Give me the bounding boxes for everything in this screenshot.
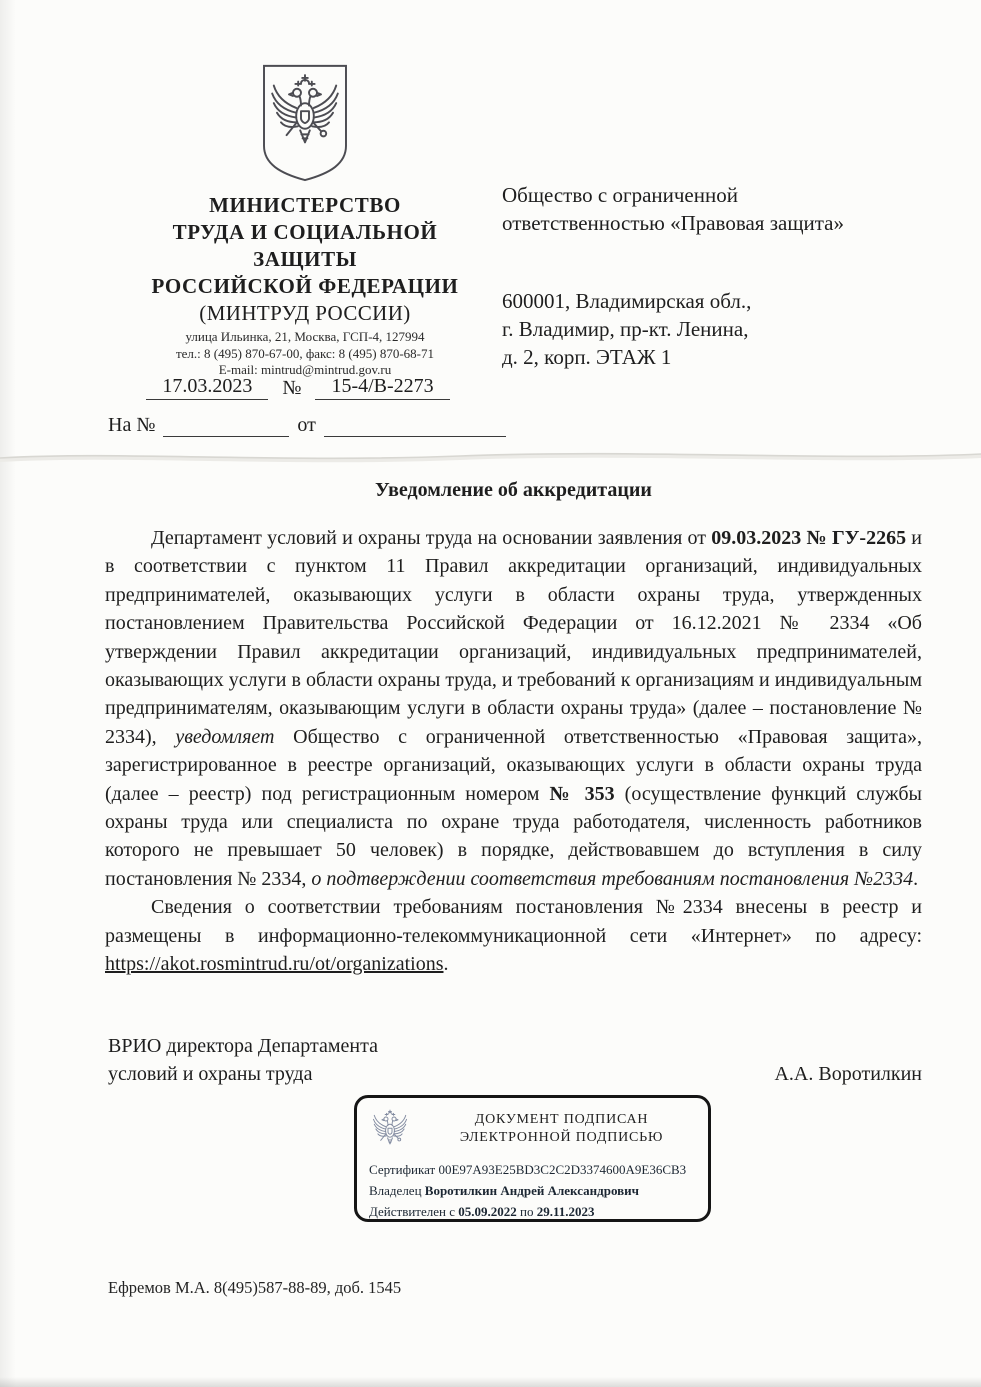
paper-fold-crease — [0, 436, 981, 476]
registry-url: https://akot.rosmintrud.ru/ot/organizati… — [105, 953, 444, 975]
body-text-segment: Сведения о соответствии требованиям пост… — [105, 896, 922, 946]
body-text-segment: Департамент условий и охраны труда на ос… — [151, 527, 711, 549]
body-paragraph-2: Сведения о соответствии требованиям пост… — [105, 893, 922, 978]
recipient-org: Общество с ограниченной ответственностью… — [502, 181, 942, 237]
scan-edge-shadow-left — [0, 0, 16, 1387]
body-text-segment: . — [444, 953, 449, 975]
owner-line: Владелец Воротилкин Андрей Александрович — [369, 1180, 698, 1201]
registry-number-bold: № 353 — [549, 783, 614, 805]
outgoing-ref-row: 17.03.2023 № 15-4/В-2273 — [118, 375, 478, 400]
ministry-short-name: (МИНТРУД РОССИИ) — [123, 300, 487, 327]
valid-to-date: 29.11.2023 — [537, 1204, 595, 1219]
body-paragraph-1: Департамент условий и охраны труда на ос… — [105, 524, 922, 893]
incoming-ref-row: На № от — [108, 414, 506, 437]
stamp-title: ДОКУМЕНТ ПОДПИСАН ЭЛЕКТРОННОЙ ПОДПИСЬЮ — [423, 1111, 700, 1147]
number-sign: № — [282, 377, 301, 400]
incoming-number-blank — [163, 414, 289, 437]
document-body: Департамент условий и охраны труда на ос… — [105, 524, 922, 979]
validity-line: Действителен с 05.09.2022 по 29.11.2023 — [369, 1201, 698, 1222]
validity-mid-label: по — [520, 1204, 533, 1219]
executor-contact: Ефремов М.А. 8(495)587-88-89, доб. 1545 — [108, 1278, 401, 1298]
signature-row: ВРИО директора Департамента условий и ох… — [108, 1032, 922, 1088]
outgoing-date: 17.03.2023 — [146, 375, 268, 400]
incoming-label-ot: от — [297, 414, 315, 437]
recipient-block: Общество с ограниченной ответственностью… — [502, 181, 942, 371]
ministry-contacts: улица Ильинка, 21, Москва, ГСП-4, 127994… — [123, 329, 487, 379]
incoming-label-na: На № — [108, 414, 155, 437]
coat-of-arms-icon — [256, 62, 354, 184]
outgoing-number: 15-4/В-2273 — [315, 375, 449, 400]
body-text-segment: и в соответствии с пунктом 11 Правил акк… — [105, 527, 922, 748]
document-title: Уведомление об аккредитации — [105, 479, 922, 502]
stamp-details: Сертификат 00E97A93E25BD3C2C2D3374600A9E… — [369, 1159, 698, 1222]
ministry-name: МИНИСТЕРСТВО ТРУДА И СОЦИАЛЬНОЙ ЗАЩИТЫ Р… — [123, 192, 487, 300]
body-text-segment: . — [913, 868, 918, 890]
incoming-date-blank — [324, 414, 506, 437]
e-signature-stamp: ДОКУМЕНТ ПОДПИСАН ЭЛЕКТРОННОЙ ПОДПИСЬЮ С… — [354, 1095, 711, 1222]
scanned-letter-page: МИНИСТЕРСТВО ТРУДА И СОЦИАЛЬНОЙ ЗАЩИТЫ Р… — [0, 0, 981, 1387]
owner-name: Воротилкин Андрей Александрович — [425, 1183, 639, 1198]
confirmation-italic: о подтверждении соответствия требованиям… — [311, 868, 913, 890]
notifies-italic: уведомляет — [175, 726, 274, 748]
scan-edge-shadow-bottom — [0, 1377, 981, 1387]
recipient-address: 600001, Владимирская обл., г. Владимир, … — [502, 287, 942, 371]
letterhead-block: МИНИСТЕРСТВО ТРУДА И СОЦИАЛЬНОЙ ЗАЩИТЫ Р… — [123, 62, 487, 379]
validity-label: Действителен с — [369, 1204, 455, 1219]
certificate-label: Сертификат — [369, 1162, 435, 1177]
valid-from-date: 05.09.2022 — [458, 1204, 517, 1219]
application-ref-bold: 09.03.2023 № ГУ-2265 — [711, 527, 906, 549]
signer-name: А.А. Воротилкин — [774, 1060, 922, 1088]
owner-label: Владелец — [369, 1183, 422, 1198]
certificate-value: 00E97A93E25BD3C2C2D3374600A9E36CB3 — [438, 1162, 686, 1177]
stamp-eagle-icon — [369, 1106, 411, 1150]
certificate-line: Сертификат 00E97A93E25BD3C2C2D3374600A9E… — [369, 1159, 698, 1180]
signer-position: ВРИО директора Департамента условий и ох… — [108, 1032, 378, 1088]
